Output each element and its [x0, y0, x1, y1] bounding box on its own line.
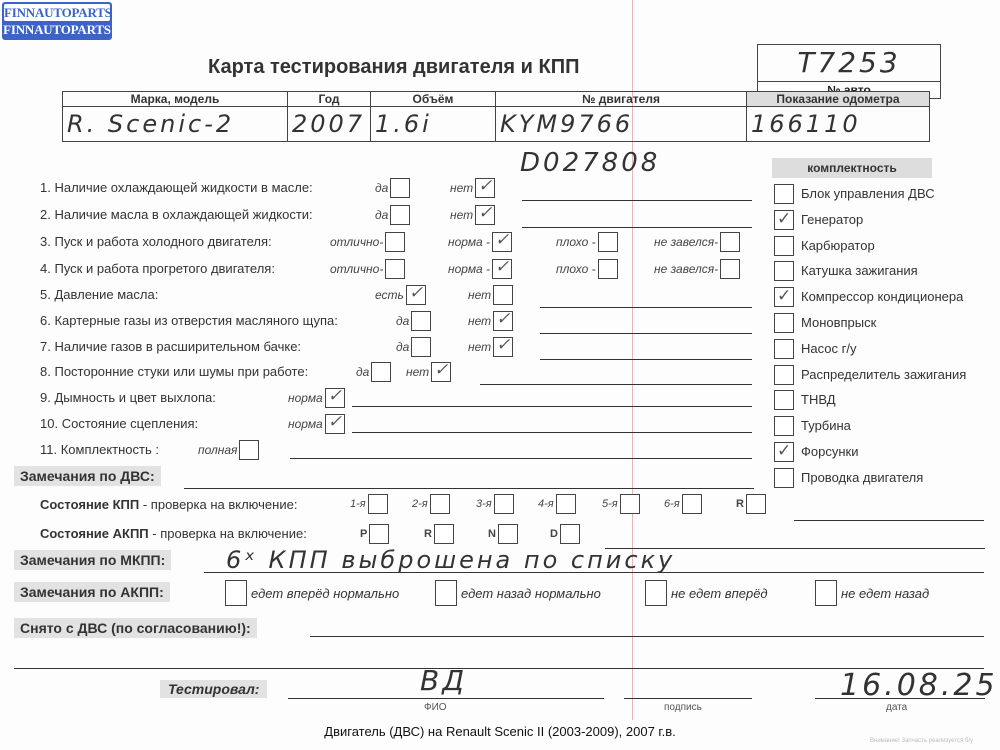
- option-label: нет: [450, 205, 473, 225]
- akpp-state-label: Состояние АКПП - проверка на включение:: [40, 526, 307, 541]
- question-text: Картерные газы из отверстия масляного щу…: [54, 313, 337, 328]
- checkbox[interactable]: [435, 580, 457, 606]
- question-option[interactable]: да: [375, 178, 410, 198]
- mkpp-notes-label: Замечания по МКПП:: [14, 550, 171, 570]
- checkbox[interactable]: [556, 494, 576, 514]
- checkbox[interactable]: [682, 494, 702, 514]
- akpp-gear[interactable]: N: [488, 524, 518, 544]
- auto-number-value: T7253: [758, 45, 940, 81]
- question-row: 3. Пуск и работа холодного двигателя:отл…: [40, 232, 760, 252]
- completeness-item-label: Турбина: [801, 415, 851, 437]
- akpp-note-option[interactable]: едет назад нормально: [435, 580, 601, 606]
- option-label: да: [375, 178, 388, 198]
- completeness-item-label: ТНВД: [801, 389, 836, 411]
- checkbox[interactable]: [434, 524, 454, 544]
- question-option[interactable]: плохо -: [556, 259, 618, 279]
- checkbox[interactable]: [475, 205, 495, 225]
- completeness-item-label: Катушка зажигания: [801, 260, 918, 282]
- question-number: 3.: [40, 234, 51, 249]
- checkbox[interactable]: [411, 337, 431, 357]
- checkbox[interactable]: [598, 259, 618, 279]
- akpp-note-option[interactable]: не едет назад: [815, 580, 929, 606]
- option-label: едет вперёд нормально: [251, 586, 399, 601]
- question-option[interactable]: нет: [406, 362, 451, 382]
- checkbox[interactable]: [431, 362, 451, 382]
- completeness-item[interactable]: Блок управления ДВС: [774, 183, 935, 205]
- kpp-gear[interactable]: 1-я: [350, 494, 388, 514]
- removed-line-2: [14, 668, 984, 669]
- question-option[interactable]: норма -: [448, 232, 512, 252]
- checkbox[interactable]: [774, 365, 794, 385]
- completeness-item[interactable]: Насос г/у: [774, 338, 856, 360]
- option-label: отлично-: [330, 232, 383, 252]
- checkbox[interactable]: [492, 259, 512, 279]
- gear-label: D: [550, 528, 558, 540]
- answer-line: [480, 384, 752, 385]
- checkbox[interactable]: [774, 236, 794, 256]
- checkbox[interactable]: [493, 337, 513, 357]
- option-label: плохо -: [556, 259, 596, 279]
- option-label: норма -: [448, 232, 490, 252]
- checkbox[interactable]: [620, 494, 640, 514]
- answer-line: [540, 307, 752, 308]
- checkbox[interactable]: [325, 414, 345, 434]
- removed-line: [310, 636, 984, 637]
- question-number: 10.: [40, 416, 58, 431]
- checkbox[interactable]: [774, 261, 794, 281]
- checkbox[interactable]: [225, 580, 247, 606]
- question-text: Посторонние стуки или шумы при работе:: [54, 364, 308, 379]
- question-text: Наличие масла в охлаждающей жидкости:: [54, 207, 312, 222]
- tested-label: Тестировал:: [160, 680, 267, 698]
- checkbox[interactable]: [493, 285, 513, 305]
- completeness-item[interactable]: Моновпрыск: [774, 312, 876, 334]
- option-label: нет: [468, 337, 491, 357]
- option-label: норма: [288, 414, 323, 434]
- question-row: 10. Состояние сцепления:норма: [40, 414, 760, 434]
- checkbox[interactable]: [774, 442, 794, 462]
- answer-line: [540, 333, 752, 334]
- completeness-item-label: Проводка двигателя: [801, 467, 923, 489]
- akpp-gear[interactable]: P: [360, 524, 389, 544]
- kpp-gear[interactable]: R: [736, 494, 766, 514]
- option-label: нет: [468, 285, 491, 305]
- mkpp-notes-line: [204, 572, 984, 573]
- answer-line: [522, 200, 752, 201]
- question-option[interactable]: норма: [288, 414, 345, 434]
- gear-label: 3-я: [476, 498, 492, 510]
- mkpp-note-value: 6ˣ КПП выброшена по списку: [226, 546, 675, 574]
- option-label: да: [375, 205, 388, 225]
- gear-label: 1-я: [350, 498, 366, 510]
- col-model: Марка, модель: [63, 92, 288, 107]
- engine-notes-line: [184, 488, 754, 489]
- engine-notes-label: Замечания по ДВС:: [14, 466, 161, 486]
- tester-initials: ВД: [420, 664, 467, 697]
- checkbox[interactable]: [774, 184, 794, 204]
- checkbox[interactable]: [369, 524, 389, 544]
- answer-line: [540, 359, 752, 360]
- checkbox[interactable]: [774, 287, 794, 307]
- answer-line: [352, 432, 752, 433]
- completeness-item-label: Моновпрыск: [801, 312, 876, 334]
- question-option[interactable]: нет: [468, 285, 513, 305]
- col-volume: Объём: [371, 92, 496, 107]
- gear-label: R: [424, 528, 432, 540]
- checkbox[interactable]: [406, 285, 426, 305]
- option-label: едет назад нормально: [461, 586, 601, 601]
- gear-label: N: [488, 528, 496, 540]
- completeness-item-label: Насос г/у: [801, 338, 856, 360]
- question-row: 7. Наличие газов в расширительном бачке:…: [40, 337, 760, 357]
- completeness-item-label: Компрессор кондиционера: [801, 286, 963, 308]
- engine-no-extra: D027808: [520, 148, 660, 178]
- completeness-item-label: Распределитель зажигания: [801, 364, 966, 386]
- option-label: не едет вперёд: [671, 586, 768, 601]
- question-option[interactable]: нет: [468, 311, 513, 331]
- option-label: нет: [450, 178, 473, 198]
- question-row: 4. Пуск и работа прогретого двигателя:от…: [40, 259, 760, 279]
- question-text: Комплектность :: [61, 442, 159, 457]
- question-text: Состояние сцепления:: [62, 416, 198, 431]
- question-text: Наличие газов в расширительном бачке:: [54, 339, 301, 354]
- engine-no-value: KYM9766: [496, 107, 747, 142]
- checkbox[interactable]: [746, 494, 766, 514]
- question-row: 2. Наличие масла в охлаждающей жидкости:…: [40, 205, 760, 225]
- checkbox[interactable]: [774, 210, 794, 230]
- checkbox[interactable]: [371, 362, 391, 382]
- completeness-item-label: Карбюратор: [801, 235, 875, 257]
- checkbox[interactable]: [411, 311, 431, 331]
- akpp-notes-label: Замечания по АКПП:: [14, 582, 170, 602]
- akpp-gear[interactable]: R: [424, 524, 454, 544]
- option-label: да: [396, 337, 409, 357]
- completeness-item[interactable]: Компрессор кондиционера: [774, 286, 963, 308]
- question-row: 6. Картерные газы из отверстия масляного…: [40, 311, 760, 331]
- checkbox[interactable]: [390, 205, 410, 225]
- vehicle-info-table: Марка, модель Год Объём № двигателя Пока…: [62, 91, 930, 142]
- checkbox[interactable]: [560, 524, 580, 544]
- fio-line: [288, 698, 604, 699]
- completeness-item-label: Блок управления ДВС: [801, 183, 935, 205]
- question-text: Давление масла:: [54, 287, 158, 302]
- option-label: полная: [198, 440, 237, 460]
- question-text: Дымность и цвет выхлопа:: [54, 390, 215, 405]
- completeness-item[interactable]: Карбюратор: [774, 235, 875, 257]
- checkbox[interactable]: [385, 259, 405, 279]
- question-option[interactable]: не завелся-: [654, 232, 740, 252]
- kpp-line: [794, 520, 984, 521]
- checkbox[interactable]: [815, 580, 837, 606]
- question-option[interactable]: нет: [450, 178, 495, 198]
- option-label: не завелся-: [654, 259, 718, 279]
- question-option[interactable]: не завелся-: [654, 259, 740, 279]
- question-number: 8.: [40, 364, 51, 379]
- question-number: 5.: [40, 287, 51, 302]
- question-text: Пуск и работа холодного двигателя:: [54, 234, 271, 249]
- sign-line: [624, 698, 752, 699]
- option-label: нет: [468, 311, 491, 331]
- checkbox[interactable]: [493, 311, 513, 331]
- question-option[interactable]: отлично-: [330, 232, 405, 252]
- checkbox[interactable]: [598, 232, 618, 252]
- model-value: R. Scenic-2: [63, 107, 288, 142]
- option-label: есть: [375, 285, 404, 305]
- akpp-note-option[interactable]: не едет вперёд: [645, 580, 768, 606]
- gear-label: 5-я: [602, 498, 618, 510]
- question-option[interactable]: отлично-: [330, 259, 405, 279]
- kpp-gear[interactable]: 6-я: [664, 494, 702, 514]
- checkbox[interactable]: [774, 416, 794, 436]
- question-option[interactable]: да: [356, 362, 391, 382]
- akpp-note-option[interactable]: едет вперёд нормально: [225, 580, 399, 606]
- option-label: плохо -: [556, 232, 596, 252]
- completeness-item-label: Генератор: [801, 209, 863, 231]
- removed-label: Снято с ДВС (по согласованию!):: [14, 618, 257, 638]
- answer-line: [352, 406, 752, 407]
- completeness-item[interactable]: Распределитель зажигания: [774, 364, 966, 386]
- completeness-item[interactable]: ТНВД: [774, 389, 836, 411]
- year-value: 2007: [288, 107, 371, 142]
- checkbox[interactable]: [774, 390, 794, 410]
- checkbox[interactable]: [385, 232, 405, 252]
- completeness-item-label: Форсунки: [801, 441, 858, 463]
- question-option[interactable]: да: [396, 311, 431, 331]
- question-option[interactable]: норма: [288, 388, 345, 408]
- question-row: 11. Комплектность :полная: [40, 440, 760, 460]
- checkbox[interactable]: [720, 232, 740, 252]
- checkbox[interactable]: [390, 178, 410, 198]
- question-text: Наличие охлаждающей жидкости в масле:: [54, 180, 312, 195]
- checkbox[interactable]: [239, 440, 259, 460]
- question-row: 8. Посторонние стуки или шумы при работе…: [40, 362, 760, 382]
- completeness-item[interactable]: Турбина: [774, 415, 851, 437]
- kpp-gear[interactable]: 4-я: [538, 494, 576, 514]
- page-title: Карта тестирования двигателя и КПП: [208, 56, 579, 79]
- brand-logo: FINNAUTOPARTS FINNAUTOPARTS: [2, 2, 112, 40]
- col-engine-no: № двигателя: [496, 92, 747, 107]
- kpp-gear[interactable]: 5-я: [602, 494, 640, 514]
- option-label: нет: [406, 362, 429, 382]
- gear-label: P: [360, 528, 367, 540]
- checkbox[interactable]: [774, 468, 794, 488]
- question-number: 7.: [40, 339, 51, 354]
- kpp-gear[interactable]: 3-я: [476, 494, 514, 514]
- question-option[interactable]: нет: [450, 205, 495, 225]
- completeness-title: комплектность: [772, 158, 932, 178]
- checkbox[interactable]: [475, 178, 495, 198]
- completeness-item[interactable]: Проводка двигателя: [774, 467, 923, 489]
- question-number: 11.: [40, 442, 57, 457]
- checkbox[interactable]: [498, 524, 518, 544]
- question-row: 1. Наличие охлаждающей жидкости в масле:…: [40, 178, 760, 198]
- date-label: дата: [886, 702, 907, 713]
- akpp-gear[interactable]: D: [550, 524, 580, 544]
- question-number: 6.: [40, 313, 51, 328]
- checkbox[interactable]: [720, 259, 740, 279]
- question-number: 4.: [40, 261, 51, 276]
- question-row: 9. Дымность и цвет выхлопа:норма: [40, 388, 760, 408]
- question-number: 2.: [40, 207, 51, 222]
- checkbox[interactable]: [774, 339, 794, 359]
- question-row: 5. Давление масла:естьнет: [40, 285, 760, 305]
- question-option[interactable]: плохо -: [556, 232, 618, 252]
- checkbox[interactable]: [492, 232, 512, 252]
- question-option[interactable]: нет: [468, 337, 513, 357]
- watermark: Внимание! Запчасть реализуется б/у: [870, 738, 973, 744]
- odometer-value: 166110: [747, 107, 930, 142]
- answer-line: [522, 227, 752, 228]
- question-option[interactable]: да: [396, 337, 431, 357]
- checkbox[interactable]: [774, 313, 794, 333]
- kpp-gear[interactable]: 2-я: [412, 494, 450, 514]
- option-label: не завелся-: [654, 232, 718, 252]
- caption: Двигатель (ДВС) на Renault Scenic II (20…: [0, 724, 1000, 739]
- volume-value: 1.6i: [371, 107, 496, 142]
- completeness-item[interactable]: Катушка зажигания: [774, 260, 918, 282]
- gear-label: R: [736, 498, 744, 510]
- sign-label: подпись: [664, 702, 702, 713]
- question-option[interactable]: есть: [375, 285, 426, 305]
- gear-label: 6-я: [664, 498, 680, 510]
- completeness-item[interactable]: Форсунки: [774, 441, 858, 463]
- question-text: Пуск и работа прогретого двигателя:: [54, 261, 274, 276]
- option-label: да: [396, 311, 409, 331]
- col-year: Год: [288, 92, 371, 107]
- checkbox[interactable]: [430, 494, 450, 514]
- question-number: 9.: [40, 390, 51, 405]
- completeness-item[interactable]: Генератор: [774, 209, 863, 231]
- checkbox[interactable]: [325, 388, 345, 408]
- option-label: норма -: [448, 259, 490, 279]
- gear-label: 2-я: [412, 498, 428, 510]
- option-label: отлично-: [330, 259, 383, 279]
- checkbox[interactable]: [368, 494, 388, 514]
- option-label: да: [356, 362, 369, 382]
- kpp-state-label: Состояние КПП - проверка на включение:: [40, 497, 297, 512]
- question-number: 1.: [40, 180, 51, 195]
- option-label: не едет назад: [841, 586, 929, 601]
- answer-line: [290, 458, 752, 459]
- question-option[interactable]: норма -: [448, 259, 512, 279]
- checkbox[interactable]: [645, 580, 667, 606]
- checkbox[interactable]: [494, 494, 514, 514]
- fio-label: ФИО: [424, 702, 447, 713]
- question-option[interactable]: да: [375, 205, 410, 225]
- option-label: норма: [288, 388, 323, 408]
- col-odometer: Показание одометра: [747, 92, 930, 107]
- question-option[interactable]: полная: [198, 440, 259, 460]
- date-line: [815, 698, 985, 699]
- gear-label: 4-я: [538, 498, 554, 510]
